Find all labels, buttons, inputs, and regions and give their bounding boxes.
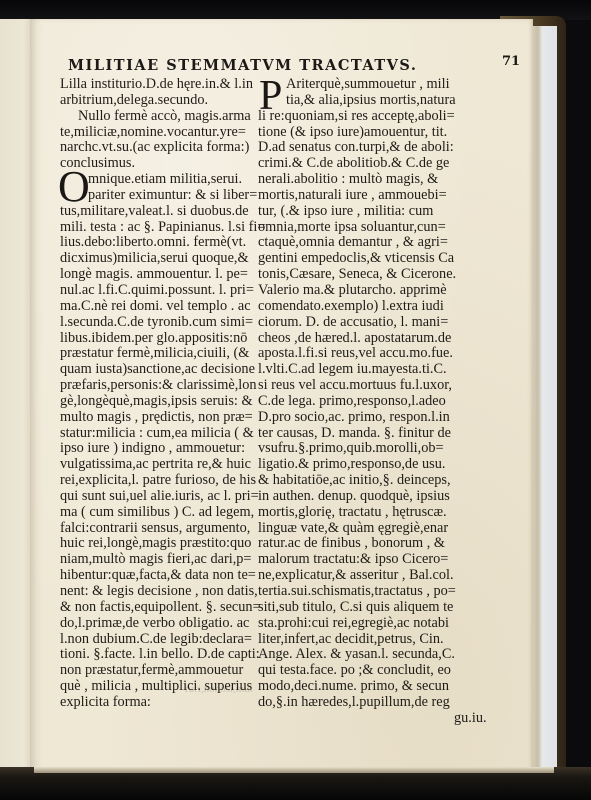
text-line: tione (& ipso iure)amouentur, tit. bbox=[258, 125, 510, 141]
text-line: modo,deci.nume. primo, & secun bbox=[258, 679, 510, 695]
text-line: tertia.sui.schismatis,tractatus , po= bbox=[258, 584, 510, 600]
text-line: D.ad senatus con.turpi,& de aboli: bbox=[258, 140, 510, 156]
text-line: ipso iure ) indigno , ammouetur: bbox=[60, 441, 255, 457]
text-line: vulgatissima,ac pertrita re,& huic bbox=[60, 457, 255, 473]
text-line: gu.iu. bbox=[258, 711, 510, 727]
text-line: C.de lega. primo,responso,l.adeo bbox=[258, 394, 510, 410]
text-line: mili. testa : ac §. Papinianus. l.si fi= bbox=[60, 220, 255, 236]
facing-page-sliver bbox=[0, 19, 34, 767]
folio-number: 71 bbox=[502, 54, 520, 69]
text-line: statur:milicia : cum,ea milicia ( & bbox=[60, 426, 255, 442]
text-line: nent: & legis decisione , non datis, bbox=[60, 584, 255, 600]
text-line: cheos ,de hæred.l. apostatarum.de bbox=[258, 331, 510, 347]
text-line: si reus vel accu.mortuus fu.l.uxor, bbox=[258, 378, 510, 394]
text-line: aposta.l.fi.si reus,vel accu.mo.fue. bbox=[258, 346, 510, 362]
text-line: narchc.vt.su.(ac explicita forma:) bbox=[60, 140, 255, 156]
book-scan: MILITIAE STEMMATVM TRACTATVS. 71 O Lilla… bbox=[0, 0, 591, 800]
text-line: liter,infert,ac decidit,petrus, Cin. bbox=[258, 632, 510, 648]
text-line: do,§.in hæredes,l.pupillum,de reg bbox=[258, 695, 510, 711]
text-line: multo magis , prędictis, non præ= bbox=[60, 410, 255, 426]
text-line: & non factis,equipollent. §. secun= bbox=[60, 600, 255, 616]
text-line: linguæ vate,& quàm ęgregiè,enar bbox=[258, 521, 510, 537]
text-line: explicita forma: bbox=[60, 695, 255, 711]
text-line: tioni. §.facte. l.in bello. D.de capti: bbox=[60, 647, 255, 663]
text-line: longè magis. ammouentur. l. pe= bbox=[60, 267, 255, 283]
text-line: niam,multò magis fieri,ac dari,p= bbox=[60, 552, 255, 568]
text-line: comendato.exemplo) l.extra iudi bbox=[258, 299, 510, 315]
text-line: in authen. denup. quodquè, ipsius bbox=[258, 489, 510, 505]
text-line: te,miliciæ,nomine.vocantur.yre= bbox=[60, 125, 255, 141]
text-line: arbitrium,delega.secundo. bbox=[60, 93, 255, 109]
text-line: Ariterquè,summouetur , mili bbox=[258, 77, 510, 93]
text-line: non præstatur,fermè,ammouetur bbox=[60, 663, 255, 679]
text-line: l.secunda.C.de tyronib.cum simi= bbox=[60, 315, 255, 331]
text-line: siti,sub titulo, C.si quis aliquem te bbox=[258, 600, 510, 616]
text-line: ma ( cum similibus ) C. ad legem, bbox=[60, 505, 255, 521]
drop-capital: O bbox=[58, 165, 90, 209]
text-line: præstatur fermè,milicia,ciuili, (& bbox=[60, 346, 255, 362]
text-line: dicximus)milicia,serui quoque,& bbox=[60, 251, 255, 267]
text-line: ne,explicatur,& asseritur , Bal.col. bbox=[258, 568, 510, 584]
text-line: mortis,glorię, tractatu , hętruscæ. bbox=[258, 505, 510, 521]
text-line: qui testa.face. po ;& concludit, eo bbox=[258, 663, 510, 679]
text-column-left: O Lilla institurio.D.de hęre.in.& l.inar… bbox=[60, 77, 255, 711]
text-column-right: P Ariterquè,summouetur , militia,& alia,… bbox=[258, 77, 510, 727]
text-line: præfaris,personis:& clarissimè,lon bbox=[60, 378, 255, 394]
text-line: ctaquè,omnia demantur , & agri= bbox=[258, 235, 510, 251]
text-line: nerali.abolitio : multò magis, & bbox=[258, 172, 510, 188]
text-line: nul.ac l.fi.C.quimi.possunt. l. pri= bbox=[60, 283, 255, 299]
text-line: hibentur:quæ,facta,& data non te= bbox=[60, 568, 255, 584]
scan-background-bottom bbox=[0, 767, 591, 800]
text-line: tia,& alia,ipsius mortis,natura bbox=[258, 93, 510, 109]
text-line: ter causas, D. manda. §. finitur de bbox=[258, 426, 510, 442]
text-line: ligatio.& primo,responso,de usu. bbox=[258, 457, 510, 473]
text-line: crimi.& C.de abolitiob.& C.de ge bbox=[258, 156, 510, 172]
text-line: & habitatiōe,ac initio,§. deinceps, bbox=[258, 473, 510, 489]
running-head-title: MILITIAE STEMMATVM TRACTATVS. bbox=[68, 57, 417, 74]
text-line: huic rei,longè,magis præstito:quo bbox=[60, 536, 255, 552]
text-line: qui sunt sui,uel alie.iuris, ac l. pri= bbox=[60, 489, 255, 505]
text-line: D.pro socio,ac. primo, respon.l.in bbox=[258, 410, 510, 426]
text-line: ratur.ac de finibus , bonorum , & bbox=[258, 536, 510, 552]
text-line: Valerio ma.& plutarcho. apprimè bbox=[258, 283, 510, 299]
text-line: ma.C.nè rei domi. vel templo . ac bbox=[60, 299, 255, 315]
text-line: Nullo fermè accò, magis.arma bbox=[60, 109, 255, 125]
text-line: gentini empedoclis,& vticensis Ca bbox=[258, 251, 510, 267]
text-line: mortis,naturali iure , ammouebi= bbox=[258, 188, 510, 204]
text-line: Ange. Alex. & yasan.l. secunda,C. bbox=[258, 647, 510, 663]
text-line: tur, (.& ipso iure , militia: cum bbox=[258, 204, 510, 220]
text-line: gè,longèquè,magis,ipsis seruis: & bbox=[60, 394, 255, 410]
show-through-text: ruri,nonosi,mui bbox=[185, 683, 253, 695]
text-line: l.non dubium.C.de legib:declara= bbox=[60, 632, 255, 648]
text-line: libus.ibidem.per glo.appositis:nō bbox=[60, 331, 255, 347]
text-line: Lilla institurio.D.de hęre.in.& l.in bbox=[60, 77, 255, 93]
text-line: falci:contrarii sensus, argumento, bbox=[60, 521, 255, 537]
text-line: l.vlti.C.ad legem iu.mayesta.ti.C. bbox=[258, 362, 510, 378]
page-fore-edges bbox=[530, 26, 557, 771]
text-line: vsufru.§.primo,quib.morolli,ob= bbox=[258, 441, 510, 457]
drop-capital: P bbox=[259, 75, 282, 117]
text-line: ciorum. D. de accusatio, l. mani= bbox=[258, 315, 510, 331]
text-line: sta.prohi:cui rei,egregiè,ac notabi bbox=[258, 616, 510, 632]
text-line: tonis,Cæsare, Seneca, & Cicerone. bbox=[258, 267, 510, 283]
text-line: malorum tractatu:& ipso Cicero= bbox=[258, 552, 510, 568]
text-line: rei,explicita,l. patre furioso, de his bbox=[60, 473, 255, 489]
text-line: lius.debo:liberto.omni. fermè(vt. bbox=[60, 235, 255, 251]
text-line: do,l.primæ,de verbo obligatio. ac bbox=[60, 616, 255, 632]
text-line: quam iusta)sanctione,ac decisione bbox=[60, 362, 255, 378]
text-line: li re:quoniam,si res acceptę,aboli= bbox=[258, 109, 510, 125]
text-line: omnia,morte ipsa soluantur,cun= bbox=[258, 220, 510, 236]
